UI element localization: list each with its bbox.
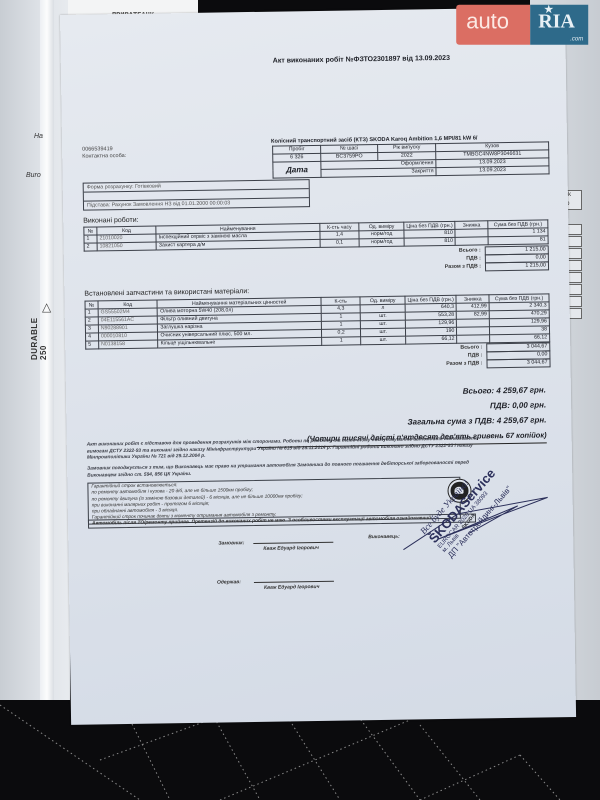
parts-table: № Код Найменування матеріальних цінносте… [84,293,550,349]
parts-totals: Всього :3 044,67 ПДВ :0,00 Разом з ПДВ :… [365,342,550,369]
autoria-auto: auto [456,5,530,45]
margin-text: Buro [26,172,41,179]
closed-date: 13.09.2023 [436,166,549,176]
binder-background: Ha Buro △ DURABLE 250 [0,0,70,720]
date-label: Дата [273,161,321,178]
received-name: Кваж Едуард Ігорович [264,584,320,591]
binder-sleeve [40,0,54,720]
contact-person-label: Контактна особа: [82,153,126,160]
autoria-watermark: auto ★ RIA .com [456,5,588,45]
work-completion-act: auto ★ RIA .com Акт виконаних робіт №ФЗТ… [60,7,576,725]
margin-text: Ha [34,133,43,140]
works-title: Виконані роботи: [83,217,138,225]
payment-box: Форма розрахунку: Готівковий Підстава: Р… [83,179,310,211]
vehicle-table: Пробіг № шасі Рік випуску Кузов 6 326 BC… [272,141,549,178]
document-title: Акт виконаних робіт №ФЗТО2301897 від 13.… [273,55,450,65]
binder-label: DURABLE 250 [30,317,48,360]
customer-label: Замовник: [218,540,244,546]
closed-label: Закриття [321,168,436,178]
works-total-vat: 1 215,00 [485,261,549,271]
executor-label: Виконавець: [368,534,400,540]
received-label: Одержав: [217,579,241,585]
works-totals: Всього :1 215,00 ПДВ :0,00 Разом з ПДВ :… [364,245,549,272]
parts-title: Встановлені запчастини та використані ма… [84,288,249,298]
client-code: 0066539419 [82,146,113,152]
autoria-ria: ★ RIA .com [530,5,588,45]
received-signature-line [254,581,334,583]
customer-name: Кваж Едуард Ігорович [263,545,319,552]
recycle-icon: △ [42,300,51,314]
customer-signature-line [253,542,333,544]
parts-total-vat: 3 044,67 [486,358,550,368]
legal-text-1: Акт виконаних робіт є підставою для пров… [87,436,487,462]
star-icon: ★ [544,5,553,16]
